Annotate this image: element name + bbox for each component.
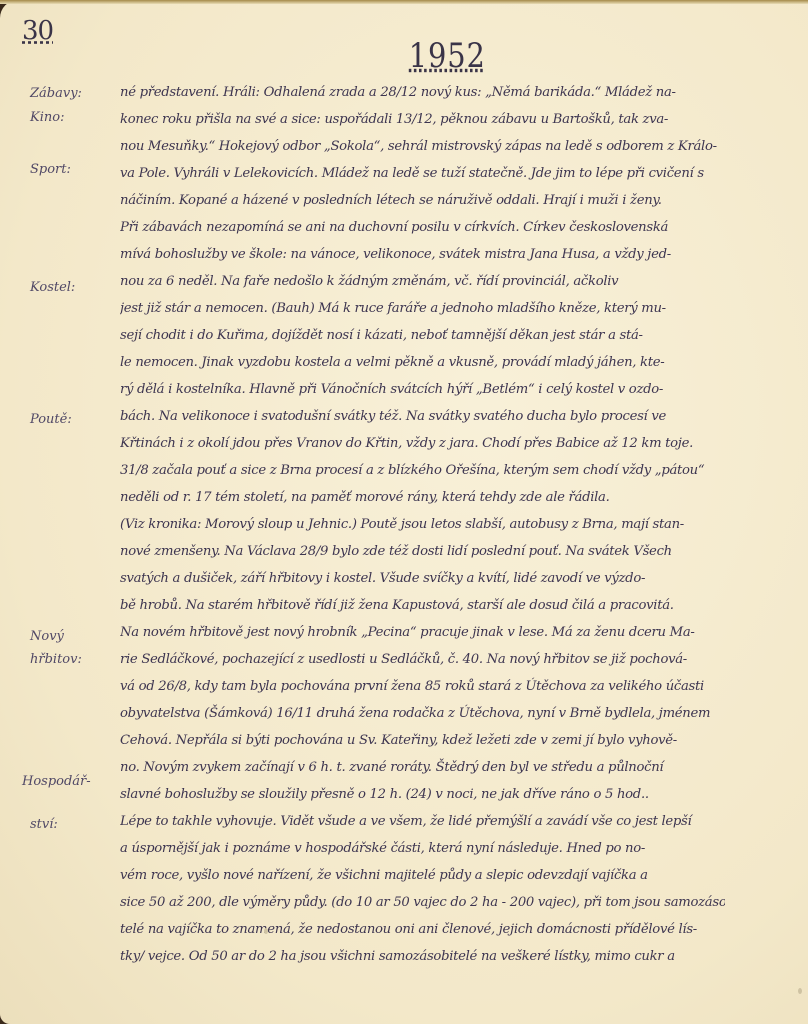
- margin-label: ství:: [30, 815, 58, 835]
- text-line: (Viz kronika: Morový sloup u Jehnic.) Po…: [120, 514, 725, 536]
- text-line: le nemocen. Jinak vyzdobu kostela a velm…: [120, 352, 725, 374]
- ink-spot: [264, 928, 268, 934]
- text-line: Lépe to takhle vyhovuje. Vidět všude a v…: [120, 811, 725, 833]
- margin-label: Kostel:: [30, 278, 75, 298]
- text-line: telé na vajíčka to znamená, že nedostano…: [120, 919, 725, 941]
- text-line: neděli od r. 17 tém století, na paměť mo…: [120, 487, 725, 509]
- text-line: a úspornější jak i poznáme v hospodářské…: [120, 838, 725, 860]
- text-line: Na novém hřbitově jest nový hrobník „Pec…: [120, 622, 725, 644]
- text-line: Při zábavách nezapomíná se ani na duchov…: [120, 217, 725, 239]
- text-line: konec roku přišla na své a sice: uspořád…: [120, 109, 725, 131]
- text-line: nové zmenšeny. Na Václava 28/9 bylo zde …: [120, 541, 725, 563]
- text-line: 31/8 začala pouť a sice z Brna procesí a…: [120, 460, 725, 482]
- margin-label: Nový: [30, 627, 64, 647]
- text-line: bách. Na velikonoce i svatodušní svátky …: [120, 406, 725, 428]
- text-line: Křtinách i z okolí jdou přes Vranov do K…: [120, 433, 725, 455]
- text-line: nou Mesuňky.“ Hokejový odbor „Sokola“, s…: [120, 136, 725, 158]
- year-heading: 1952: [409, 36, 486, 76]
- text-line: vá od 26/8, kdy tam byla pochována první…: [120, 676, 725, 698]
- text-line: slavné bohoslužby se sloužily přesně o 1…: [120, 784, 725, 806]
- text-line: sice 50 až 200, dle výměry půdy. (do 10 …: [120, 892, 725, 914]
- text-line: jest již stár a nemocen. (Bauh) Má k ruc…: [120, 298, 725, 320]
- page-number: 30: [22, 16, 53, 46]
- text-line: tky/ vejce. Od 50 ar do 2 ha jsou všichn…: [120, 946, 725, 968]
- text-line: svatých a dušiček, září hřbitovy i koste…: [120, 568, 725, 590]
- text-line: né představení. Hráli: Odhalená zrada a …: [120, 82, 725, 104]
- text-line: bě hrobů. Na starém hřbitově řídí již že…: [120, 595, 725, 617]
- text-line: va Pole. Vyhráli v Lelekovicích. Mládež …: [120, 163, 725, 185]
- text-line: vém roce, vyšlo nové nařízení, že všichn…: [120, 865, 725, 887]
- text-line: obyvatelstva (Šámková) 16/11 druhá žena …: [120, 703, 725, 725]
- margin-label: hřbitov:: [30, 650, 82, 670]
- ink-spot: [798, 988, 802, 994]
- text-line: rý dělá i kostelníka. Hlavně při Vánoční…: [120, 379, 725, 401]
- text-line: náčiním. Kopané a házené v posledních lé…: [120, 190, 725, 212]
- text-line: Cehová. Nepřála si býti pochována u Sv. …: [120, 730, 725, 752]
- margin-label: Sport:: [30, 160, 71, 180]
- margin-label: Poutě:: [30, 410, 72, 430]
- margin-label: Kino:: [30, 108, 64, 128]
- chronicle-page: 30 1952 Zábavy:Kino:Sport:Kostel:Poutě:N…: [0, 0, 808, 1024]
- margin-label: Hospodář-: [22, 772, 91, 792]
- text-line: nou za 6 neděl. Na faře nedošlo k žádným…: [120, 271, 725, 293]
- text-line: mívá bohoslužby ve škole: na vánoce, vel…: [120, 244, 725, 266]
- text-line: no. Novým zvykem začínají v 6 h. t. zvan…: [120, 757, 725, 779]
- text-line: sejí chodit i do Kuřima, dojíždět nosí i…: [120, 325, 725, 347]
- text-line: rie Sedláčkové, pochazející z usedlosti …: [120, 649, 725, 671]
- margin-label: Zábavy:: [30, 84, 82, 104]
- page-top-edge: [0, 0, 808, 4]
